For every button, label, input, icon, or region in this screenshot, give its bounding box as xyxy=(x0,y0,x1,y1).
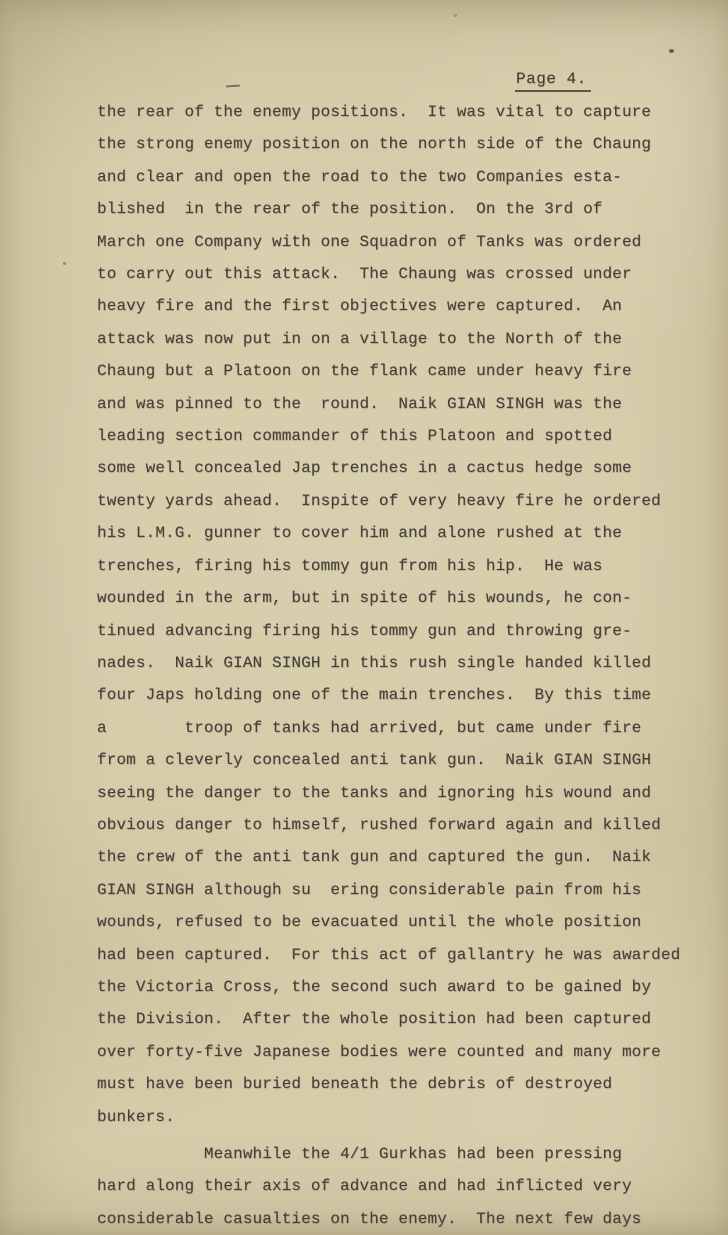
text-line: over forty-five Japanese bodies were cou… xyxy=(97,1036,680,1068)
paper-speck xyxy=(63,262,66,265)
text-line: blished in the rear of the position. On … xyxy=(97,193,680,225)
page-number-label: Page 4. xyxy=(515,70,591,92)
text-line: some well concealed Jap trenches in a ca… xyxy=(97,452,680,484)
text-line: four Japs holding one of the main trench… xyxy=(97,679,680,711)
text-line: the rear of the enemy positions. It was … xyxy=(97,96,680,128)
paper-speck xyxy=(669,49,674,53)
text-line: heavy fire and the first objectives were… xyxy=(97,290,680,322)
document-page: Page 4. the rear of the enemy positions.… xyxy=(0,0,728,1235)
text-line: leading section commander of this Platoo… xyxy=(97,420,680,452)
text-line: GIAN SINGH although su ering considerabl… xyxy=(97,874,680,906)
text-line: and clear and open the road to the two C… xyxy=(97,161,680,193)
text-line: the Victoria Cross, the second such awar… xyxy=(97,971,680,1003)
text-line: and was pinned to the round. Naik GIAN S… xyxy=(97,388,680,420)
page-number: Page 4. xyxy=(515,70,591,92)
text-line: hard along their axis of advance and had… xyxy=(97,1170,680,1202)
text-line: Chaung but a Platoon on the flank came u… xyxy=(97,355,680,387)
text-line: nades. Naik GIAN SINGH in this rush sing… xyxy=(97,647,680,679)
pencil-mark xyxy=(226,85,240,88)
text-line: his L.M.G. gunner to cover him and alone… xyxy=(97,517,680,549)
paragraph: Meanwhile the 4/1 Gurkhas had been press… xyxy=(97,1138,680,1235)
text-line: obvious danger to himself, rushed forwar… xyxy=(97,809,680,841)
paper-speck xyxy=(454,14,457,17)
text-line: tinued advancing firing his tommy gun an… xyxy=(97,615,680,647)
text-line: wounded in the arm, but in spite of his … xyxy=(97,582,680,614)
text-line: the crew of the anti tank gun and captur… xyxy=(97,841,680,873)
text-line: March one Company with one Squadron of T… xyxy=(97,226,680,258)
text-line: the strong enemy position on the north s… xyxy=(97,128,680,160)
document-text: the rear of the enemy positions. It was … xyxy=(97,96,680,1235)
text-line: seeing the danger to the tanks and ignor… xyxy=(97,777,680,809)
text-line: Meanwhile the 4/1 Gurkhas had been press… xyxy=(97,1138,680,1170)
text-line: had been captured. For this act of galla… xyxy=(97,939,680,971)
text-line: to carry out this attack. The Chaung was… xyxy=(97,258,680,290)
text-line: from a cleverly concealed anti tank gun.… xyxy=(97,744,680,776)
text-line: bunkers. xyxy=(97,1101,680,1133)
paragraph: the rear of the enemy positions. It was … xyxy=(97,96,680,1133)
text-line: considerable casualties on the enemy. Th… xyxy=(97,1203,680,1235)
text-line: a troop of tanks had arrived, but came u… xyxy=(97,712,680,744)
text-line: twenty yards ahead. Inspite of very heav… xyxy=(97,485,680,517)
text-line: attack was now put in on a village to th… xyxy=(97,323,680,355)
text-line: the Division. After the whole position h… xyxy=(97,1003,680,1035)
text-line: trenches, firing his tommy gun from his … xyxy=(97,550,680,582)
text-line: wounds, refused to be evacuated until th… xyxy=(97,906,680,938)
text-line: must have been buried beneath the debris… xyxy=(97,1068,680,1100)
